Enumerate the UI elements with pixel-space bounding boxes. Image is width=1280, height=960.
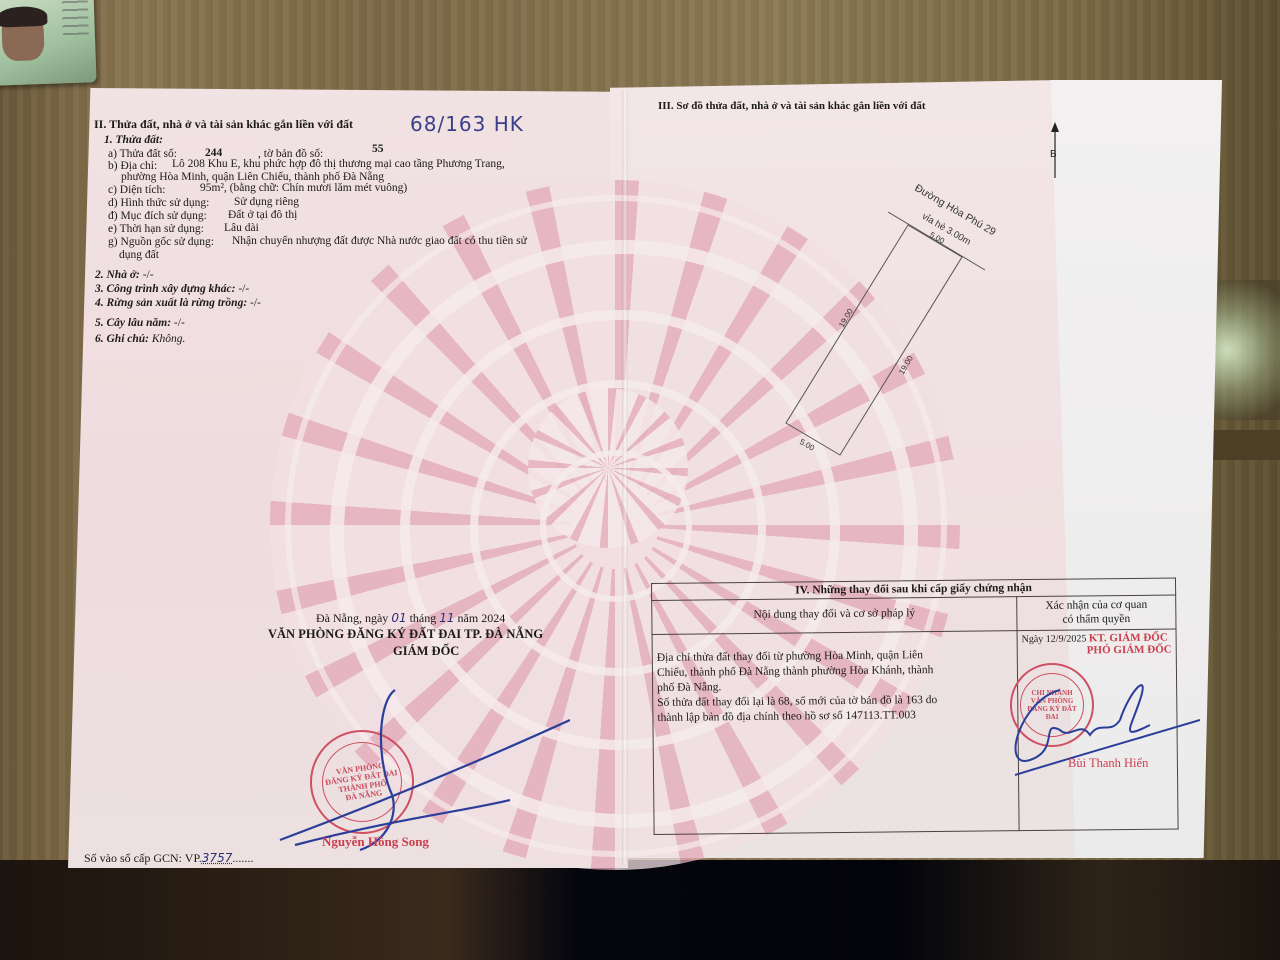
section-2-title: II. Thửa đất, nhà ở và tài sản khác gắn …: [94, 118, 353, 130]
floor-background: [0, 860, 1280, 960]
list-item: 5. Cây lâu năm: -/-: [95, 318, 185, 330]
section-3-title: III. Sơ đồ thửa đất, nhà ở và tài sản kh…: [658, 101, 926, 112]
map-sheet-number: 55: [372, 144, 384, 156]
handwritten-note: 68/163 HK: [410, 112, 524, 136]
watermark-ring: [540, 450, 692, 602]
purpose-value: Đất ở tại đô thị: [228, 210, 297, 222]
registry-number: Số vào sổ cấp GCN: VP.3757.......: [84, 852, 253, 864]
signer-role: GIÁM ĐỐC: [393, 645, 459, 658]
change-content-cell: Địa chỉ thửa đất thay đổi từ phường Hòa …: [652, 630, 1019, 834]
area-label: c) Diện tích:: [108, 185, 165, 197]
term-label: e) Thời hạn sử dụng:: [108, 224, 204, 236]
purpose-label: đ) Mục đích sử dụng:: [108, 211, 207, 223]
director-name: Nguyễn Hồng Song: [322, 835, 429, 848]
land-heading: 1. Thửa đất:: [104, 135, 163, 147]
col-header-confirmation: Xác nhận của cơ quan có thẩm quyền: [1017, 595, 1176, 630]
issuing-office: VĂN PHÒNG ĐĂNG KÝ ĐẤT ĐAI TP. ĐÀ NẴNG: [268, 628, 543, 641]
origin-value-line-1: Nhận chuyển nhượng đất được Nhà nước gia…: [232, 236, 527, 248]
term-value: Lâu dài: [224, 223, 259, 235]
area-value: 95m², (bằng chữ: Chín mươi lăm mét vuông…: [200, 183, 407, 195]
use-form-value: Sử dụng riêng: [234, 197, 299, 209]
list-item: 3. Công trình xây dựng khác: -/-: [95, 284, 249, 296]
address-line-1: Lô 208 Khu E, khu phức hợp đô thị thương…: [172, 159, 505, 171]
north-label: B: [1050, 150, 1057, 160]
parcel-sketch: [770, 160, 1050, 460]
parcel-label: a) Thửa đất số:: [108, 149, 177, 161]
origin-label: g) Nguồn gốc sử dụng:: [108, 237, 214, 249]
use-form-label: d) Hình thức sử dụng:: [108, 198, 209, 210]
col-header-content: Nội dung thay đổi và cơ sở pháp lý: [652, 597, 1017, 635]
origin-value-line-2: dụng đất: [119, 250, 159, 262]
deputy-name: Bùi Thanh Hiển: [1068, 757, 1148, 770]
list-item: 2. Nhà ở: -/-: [95, 270, 154, 282]
issue-date: Đà Nẵng, ngày 01 tháng 11 năm 2024: [316, 612, 505, 624]
id-card-photo: [0, 0, 97, 86]
page-fold: [622, 90, 628, 865]
deputy-signature: [1000, 660, 1200, 790]
list-item: 6. Ghi chú: Không.: [95, 334, 185, 346]
list-item: 4. Rừng sản xuất là rừng trồng: -/-: [95, 298, 261, 310]
